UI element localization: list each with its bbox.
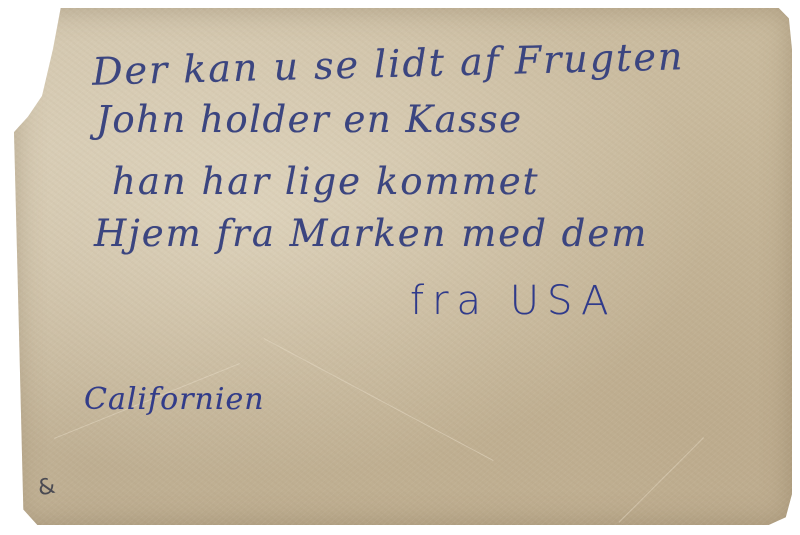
- handwritten-line-place: Californien: [84, 382, 265, 417]
- handwritten-line-origin: fra USA: [410, 278, 617, 324]
- paper-crease: [618, 437, 704, 523]
- handwritten-line-2: John holder en Kasse: [96, 98, 523, 141]
- handwritten-line-3: han har lige kommet: [112, 160, 539, 203]
- handwritten-line-4: Hjem fra Marken med dem: [94, 212, 648, 255]
- paper-crease: [264, 338, 494, 461]
- scan-background: Der kan u se lidt af Frugten John holder…: [0, 0, 800, 535]
